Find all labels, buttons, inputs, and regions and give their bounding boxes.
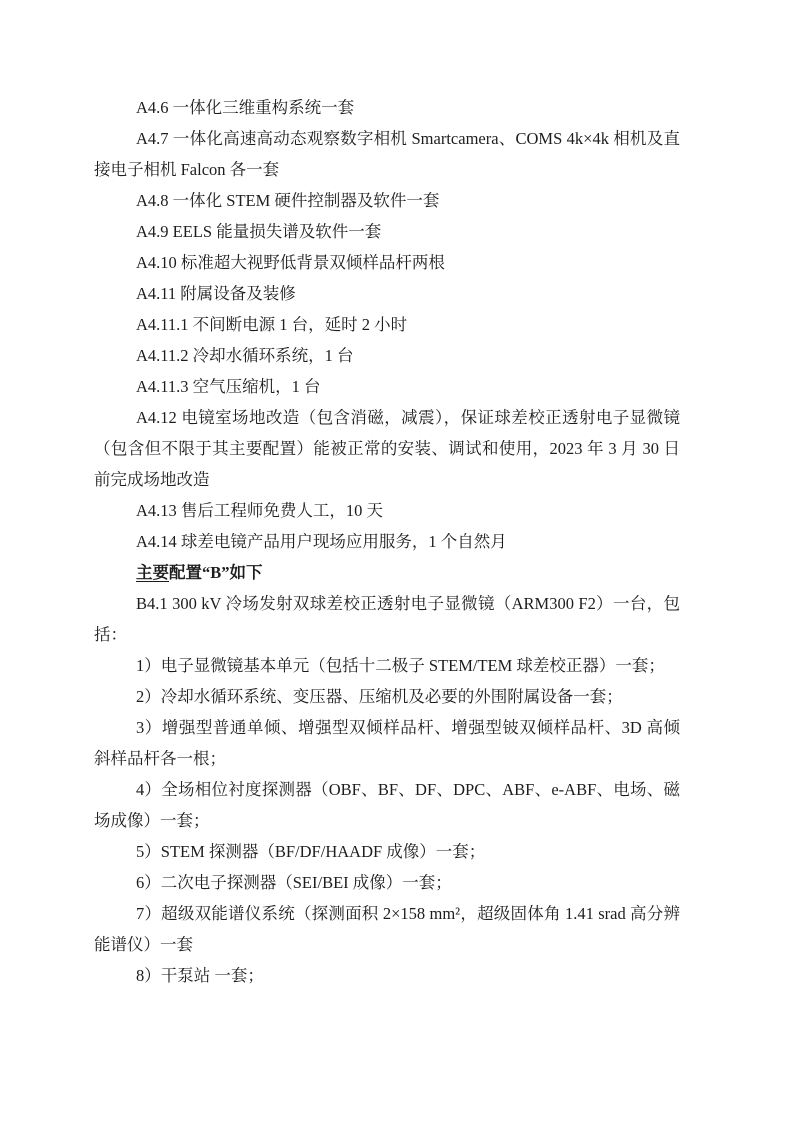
underlined-text: 主要 <box>136 563 169 582</box>
item-a4-8: A4.8 一体化 STEM 硬件控制器及软件一套 <box>94 185 680 216</box>
item-a4-10: A4.10 标准超大视野低背景双倾样品杆两根 <box>94 247 680 278</box>
item-a4-13: A4.13 售后工程师免费人工，10 天 <box>94 495 680 526</box>
item-b4-1-6: 6）二次电子探测器（SEI/BEI 成像）一套； <box>94 867 680 898</box>
item-b4-1: B4.1 300 kV 冷场发射双球差校正透射电子显微镜（ARM300 F2）一… <box>94 588 680 650</box>
item-b4-1-3: 3）增强型普通单倾、增强型双倾样品杆、增强型铍双倾样品杆、3D 高倾斜样品杆各一… <box>94 712 680 774</box>
item-a4-11-1: A4.11.1 不间断电源 1 台，延时 2 小时 <box>94 309 680 340</box>
item-b4-1-5: 5）STEM 探测器（BF/DF/HAADF 成像）一套； <box>94 836 680 867</box>
item-a4-7: A4.7 一体化高速高动态观察数字相机 Smartcamera、COMS 4k×… <box>94 123 680 185</box>
item-a4-9: A4.9 EELS 能量损失谱及软件一套 <box>94 216 680 247</box>
item-a4-6: A4.6 一体化三维重构系统一套 <box>94 92 680 123</box>
item-a4-12: A4.12 电镜室场地改造（包含消磁，减震），保证球差校正透射电子显微镜（包含但… <box>94 402 680 495</box>
item-b4-1-2: 2）冷却水循环系统、变压器、压缩机及必要的外围附属设备一套； <box>94 681 680 712</box>
item-b4-1-8: 8）干泵站 一套； <box>94 960 680 991</box>
heading-config-b: 主要配置“B”如下 <box>94 557 680 588</box>
document-body: A4.6 一体化三维重构系统一套A4.7 一体化高速高动态观察数字相机 Smar… <box>94 92 680 991</box>
item-a4-11-3: A4.11.3 空气压缩机，1 台 <box>94 371 680 402</box>
item-a4-14: A4.14 球差电镜产品用户现场应用服务，1 个自然月 <box>94 526 680 557</box>
item-a4-11: A4.11 附属设备及装修 <box>94 278 680 309</box>
item-b4-1-7: 7）超级双能谱仪系统（探测面积 2×158 mm²，超级固体角 1.41 sra… <box>94 898 680 960</box>
document-page: A4.6 一体化三维重构系统一套A4.7 一体化高速高动态观察数字相机 Smar… <box>0 0 793 1122</box>
item-b4-1-1: 1）电子显微镜基本单元（包括十二极子 STEM/TEM 球差校正器）一套； <box>94 650 680 681</box>
item-b4-1-4: 4）全场相位衬度探测器（OBF、BF、DF、DPC、ABF、e-ABF、电场、磁… <box>94 774 680 836</box>
item-a4-11-2: A4.11.2 冷却水循环系统，1 台 <box>94 340 680 371</box>
